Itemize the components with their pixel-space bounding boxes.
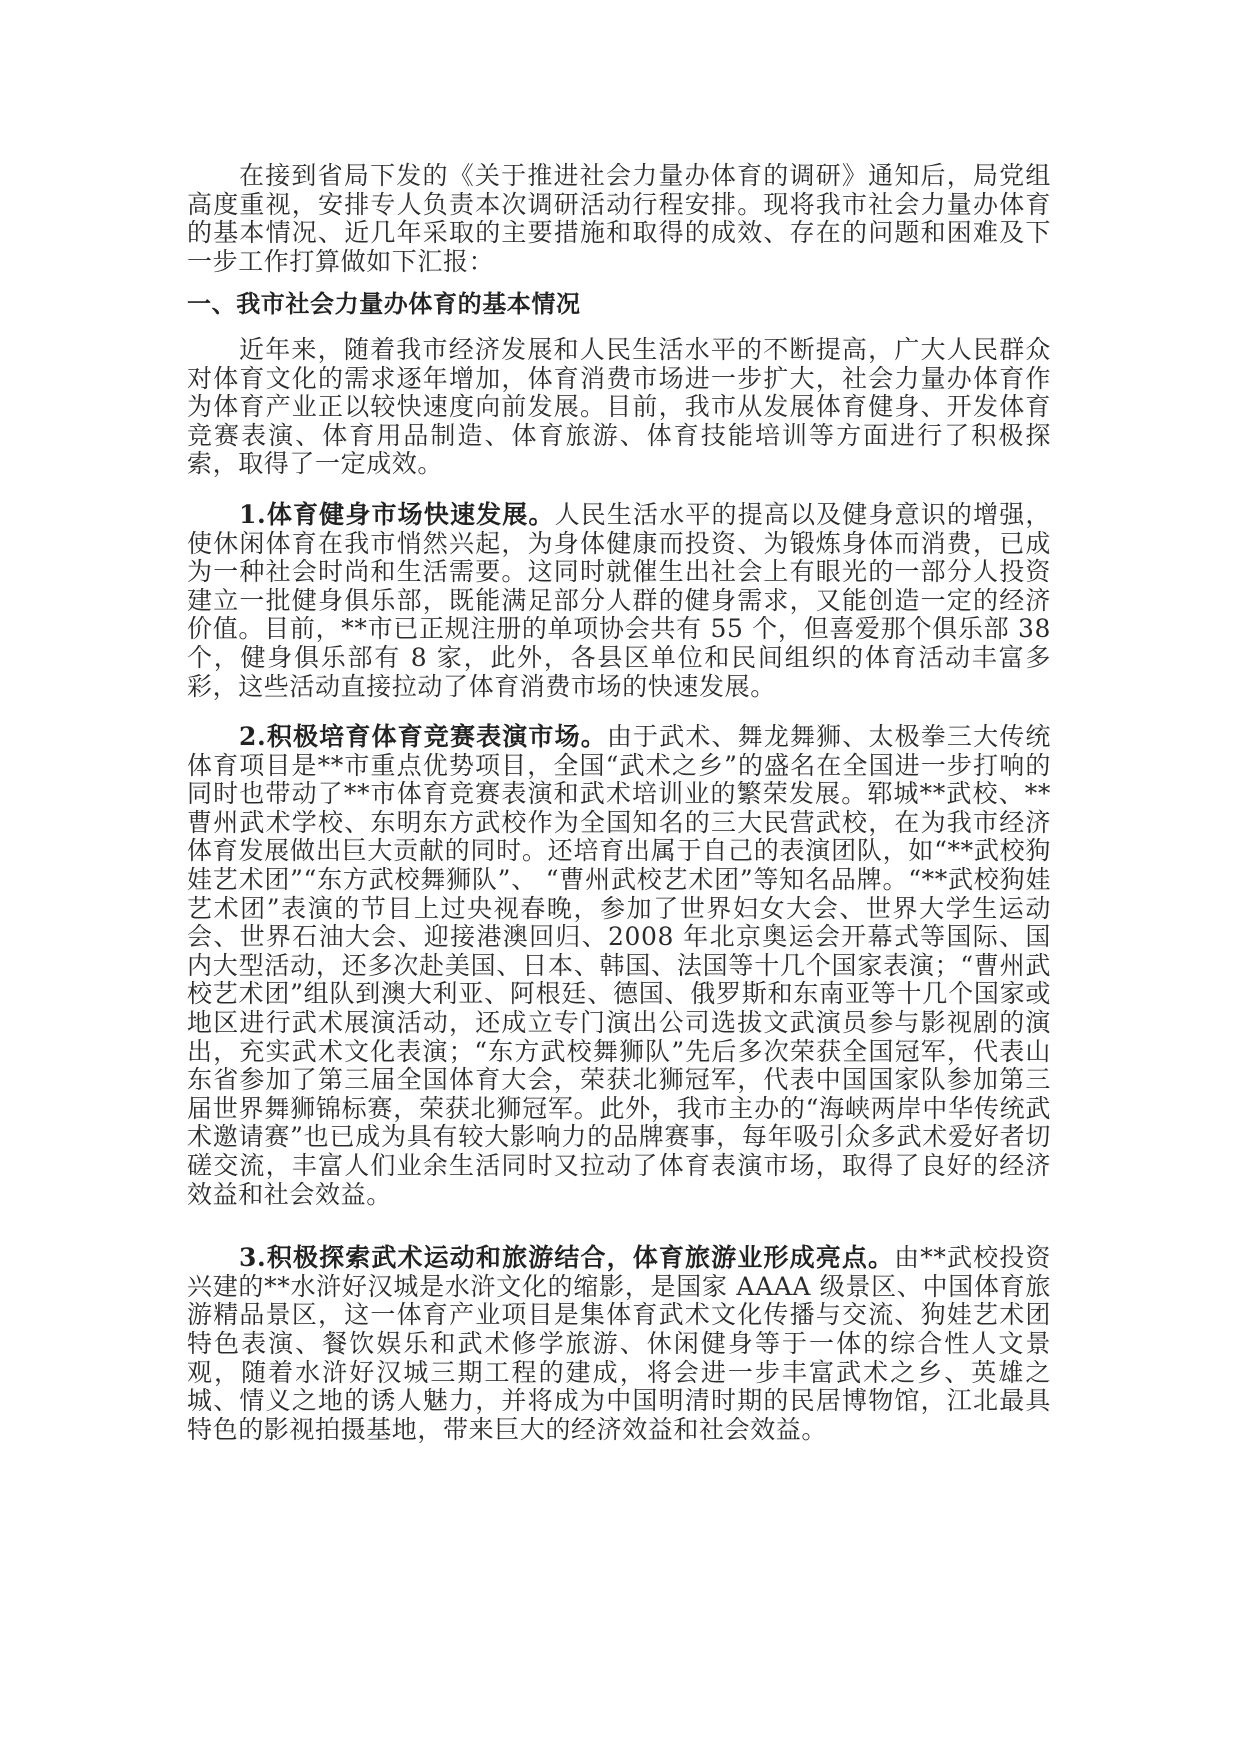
item-body: 由于武术、舞龙舞狮、太极拳三大传统体育项目是**市重点优势项目，全国“武术之乡”… xyxy=(187,722,1051,1209)
spacer xyxy=(187,701,1051,723)
item-lead: 1.体育健身市场快速发展。 xyxy=(239,500,555,529)
spacer xyxy=(187,1209,1051,1244)
spacer xyxy=(187,276,1051,290)
spacer xyxy=(187,479,1051,501)
spacer xyxy=(187,319,1051,336)
intro-paragraph: 在接到省局下发的《关于推进社会力量办体育的调研》通知后，局党组高度重视，安排专人… xyxy=(187,162,1051,276)
document-page: 在接到省局下发的《关于推进社会力量办体育的调研》通知后，局党组高度重视，安排专人… xyxy=(187,162,1051,1444)
item-paragraph-3: 3.积极探索武术运动和旅游结合，体育旅游业形成亮点。由**武校投资兴建的**水浒… xyxy=(187,1244,1051,1444)
item-paragraph-1: 1.体育健身市场快速发展。人民生活水平的提高以及健身意识的增强，使休闲体育在我市… xyxy=(187,501,1051,701)
section-heading: 一、我市社会力量办体育的基本情况 xyxy=(187,290,1051,319)
item-lead: 2.积极培育体育竞赛表演市场。 xyxy=(239,722,607,751)
item-lead: 3.积极探索武术运动和旅游结合，体育旅游业形成亮点。 xyxy=(239,1243,894,1272)
item-paragraph-2: 2.积极培育体育竞赛表演市场。由于武术、舞龙舞狮、太极拳三大传统体育项目是**市… xyxy=(187,723,1051,1209)
item-body: 人民生活水平的提高以及健身意识的增强，使休闲体育在我市悄然兴起，为身体健康而投资… xyxy=(187,500,1051,701)
overview-paragraph: 近年来，随着我市经济发展和人民生活水平的不断提高，广大人民群众对体育文化的需求逐… xyxy=(187,336,1051,479)
item-body: 由**武校投资兴建的**水浒好汉城是水浒文化的缩影，是国家 AAAA 级景区、中… xyxy=(187,1243,1051,1444)
